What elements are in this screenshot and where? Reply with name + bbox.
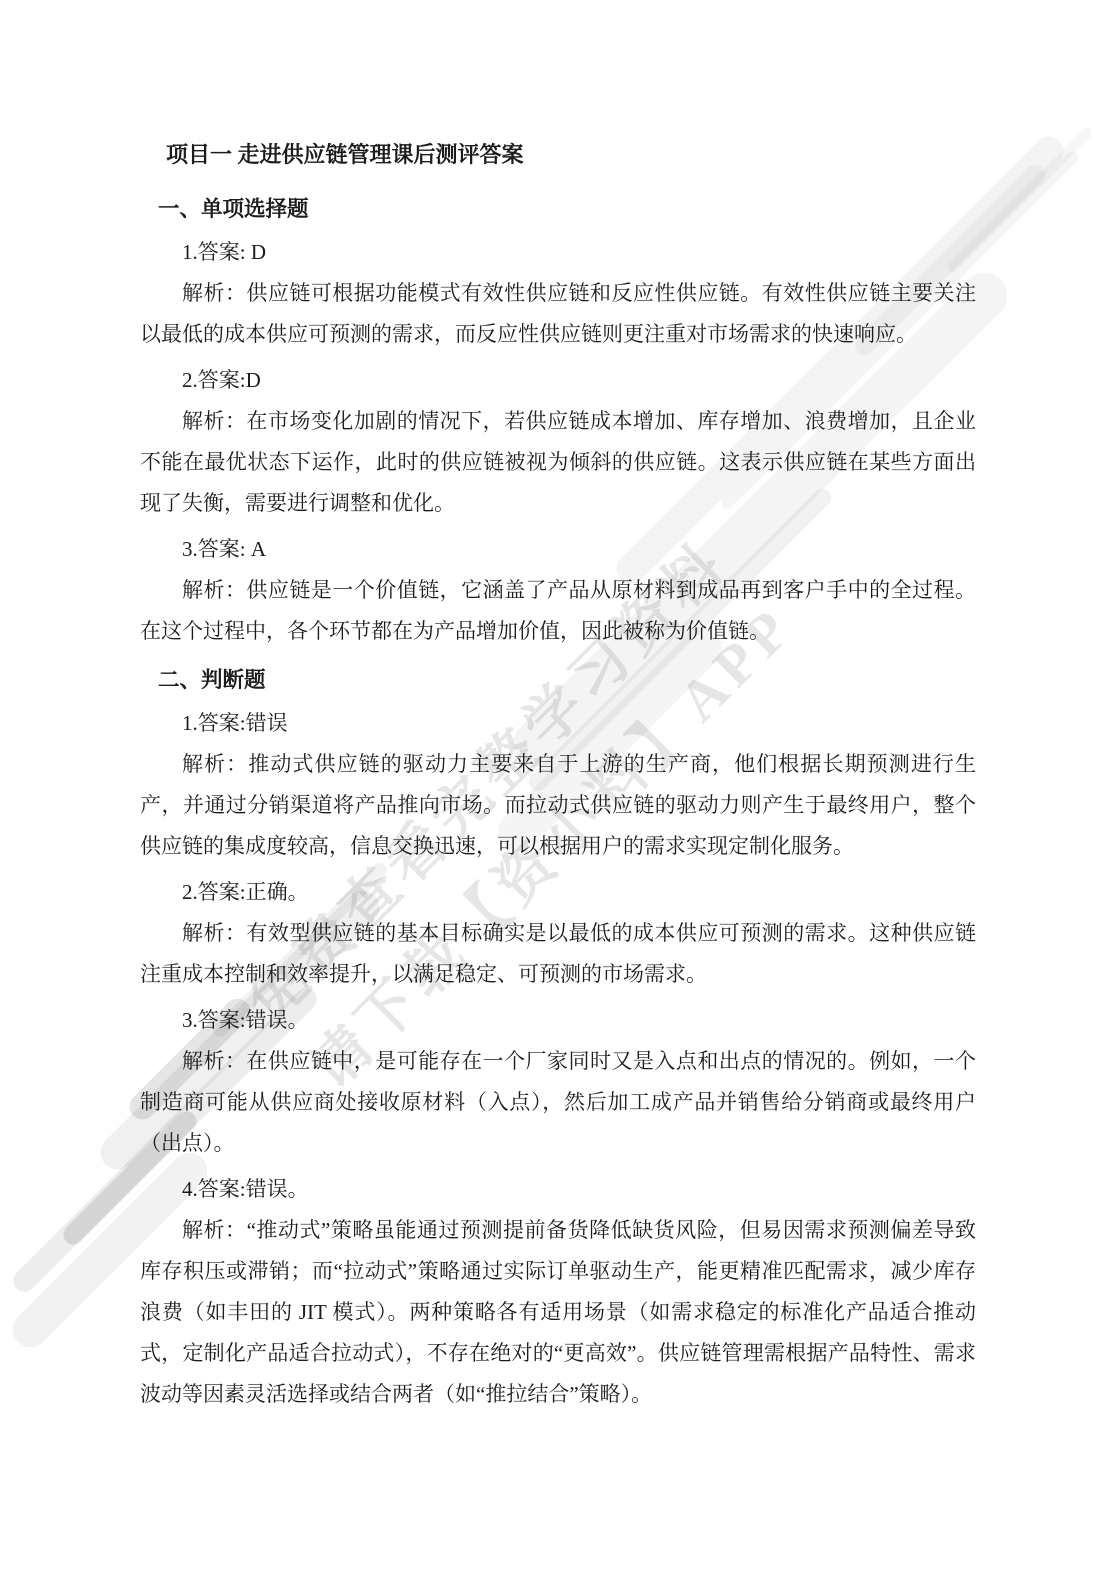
answer-item: 3.答案:错误。 解析：在供应链中，是可能存在一个厂家同时又是入点和出点的情况的…	[140, 1000, 976, 1164]
document-page: 免费查看完整学习资料 请下载【资小料】APP 项目一 走进供应链管理课后测评答案…	[0, 0, 1117, 1579]
answer-line: 1.答案:错误	[140, 703, 976, 744]
answer-line: 1.答案: D	[140, 232, 976, 273]
section-true-false: 二、判断题 1.答案:错误 解析：推动式供应链的驱动力主要来自于上游的生产商，他…	[140, 659, 976, 1415]
analysis-paragraph: 解析：在市场变化加剧的情况下，若供应链成本增加、库存增加、浪费增加，且企业不能在…	[140, 401, 976, 524]
answer-line: 2.答案:D	[140, 360, 976, 401]
answer-line: 3.答案: A	[140, 529, 976, 570]
answer-item: 3.答案: A 解析：供应链是一个价值链，它涵盖了产品从原材料到成品再到客户手中…	[140, 529, 976, 652]
analysis-paragraph: 解析：供应链是一个价值链，它涵盖了产品从原材料到成品再到客户手中的全过程。在这个…	[140, 570, 976, 652]
analysis-paragraph: 解析：“推动式”策略虽能通过预测提前备货降低缺货风险，但易因需求预测偏差导致库存…	[140, 1210, 976, 1415]
answer-line: 3.答案:错误。	[140, 1000, 976, 1041]
document-content: 项目一 走进供应链管理课后测评答案 一、单项选择题 1.答案: D 解析：供应链…	[140, 134, 976, 1420]
analysis-paragraph: 解析：在供应链中，是可能存在一个厂家同时又是入点和出点的情况的。例如，一个制造商…	[140, 1041, 976, 1164]
analysis-paragraph: 解析：有效型供应链的基本目标确实是以最低的成本供应可预测的需求。这种供应链注重成…	[140, 913, 976, 995]
analysis-paragraph: 解析：供应链可根据功能模式有效性供应链和反应性供应链。有效性供应链主要关注以最低…	[140, 273, 976, 355]
answer-item: 1.答案: D 解析：供应链可根据功能模式有效性供应链和反应性供应链。有效性供应…	[140, 232, 976, 355]
answer-item: 1.答案:错误 解析：推动式供应链的驱动力主要来自于上游的生产商，他们根据长期预…	[140, 703, 976, 867]
page-title: 项目一 走进供应链管理课后测评答案	[166, 134, 976, 176]
answer-line: 4.答案:错误。	[140, 1169, 976, 1210]
analysis-paragraph: 解析：推动式供应链的驱动力主要来自于上游的生产商，他们根据长期预测进行生产，并通…	[140, 744, 976, 867]
answer-item: 2.答案:正确。 解析：有效型供应链的基本目标确实是以最低的成本供应可预测的需求…	[140, 872, 976, 995]
answer-item: 4.答案:错误。 解析：“推动式”策略虽能通过预测提前备货降低缺货风险，但易因需…	[140, 1169, 976, 1415]
section-heading-true-false: 二、判断题	[158, 659, 976, 701]
section-single-choice: 一、单项选择题 1.答案: D 解析：供应链可根据功能模式有效性供应链和反应性供…	[140, 188, 976, 652]
answer-line: 2.答案:正确。	[140, 872, 976, 913]
section-heading-single-choice: 一、单项选择题	[158, 188, 976, 230]
answer-item: 2.答案:D 解析：在市场变化加剧的情况下，若供应链成本增加、库存增加、浪费增加…	[140, 360, 976, 524]
